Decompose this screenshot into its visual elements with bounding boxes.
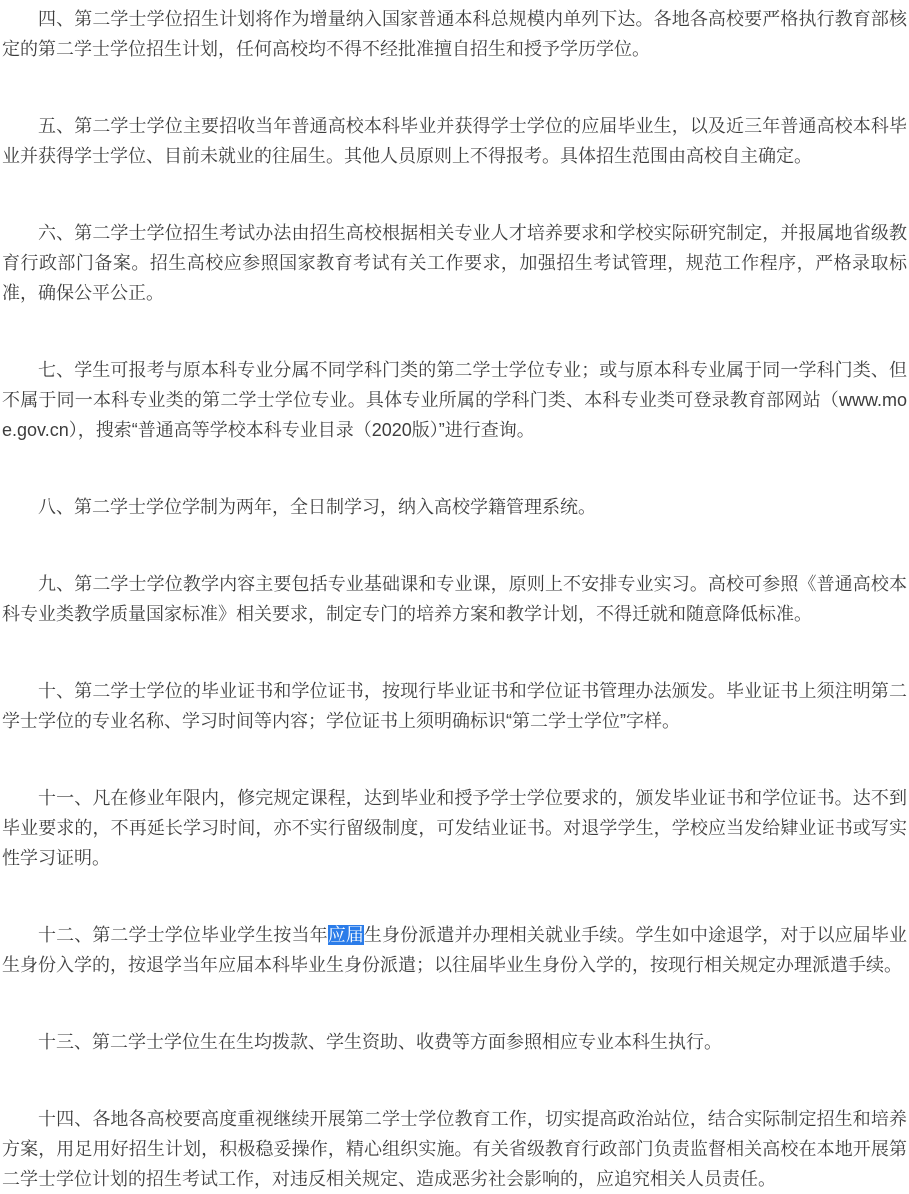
paragraph-13: 十三、第二学士学位生在生均拨款、学生资助、收费等方面参照相应专业本科生执行。 [2,1027,907,1057]
paragraph-4: 四、第二学士学位招生计划将作为增量纳入国家普通本科总规模内单列下达。各地各高校要… [2,4,907,64]
paragraph-8: 八、第二学士学位学制为两年，全日制学习，纳入高校学籍管理系统。 [2,492,907,522]
document-body: 四、第二学士学位招生计划将作为增量纳入国家普通本科总规模内单列下达。各地各高校要… [0,0,909,1194]
paragraph-11: 十一、凡在修业年限内，修完规定课程，达到毕业和授予学士学位要求的，颁发毕业证书和… [2,783,907,873]
paragraph-9: 九、第二学士学位教学内容主要包括专业基础课和专业课，原则上不安排专业实习。高校可… [2,569,907,629]
paragraph-12: 十二、第二学士学位毕业学生按当年应届生身份派遣并办理相关就业手续。学生如中途退学… [2,920,907,980]
paragraph-6: 六、第二学士学位招生考试办法由招生高校根据相关专业人才培养要求和学校实际研究制定… [2,218,907,308]
paragraph-5: 五、第二学士学位主要招收当年普通高校本科毕业并获得学士学位的应届毕业生，以及近三… [2,111,907,171]
paragraph-7: 七、学生可报考与原本科专业分属不同学科门类的第二学士学位专业；或与原本科专业属于… [2,355,907,445]
search-highlight: 应届 [328,925,364,945]
paragraph-text: 十二、第二学士学位毕业学生按当年 [38,925,328,945]
paragraph-14: 十四、各地各高校要高度重视继续开展第二学士学位教育工作，切实提高政治站位，结合实… [2,1104,907,1194]
paragraph-10: 十、第二学士学位的毕业证书和学位证书，按现行毕业证书和学位证书管理办法颁发。毕业… [2,676,907,736]
